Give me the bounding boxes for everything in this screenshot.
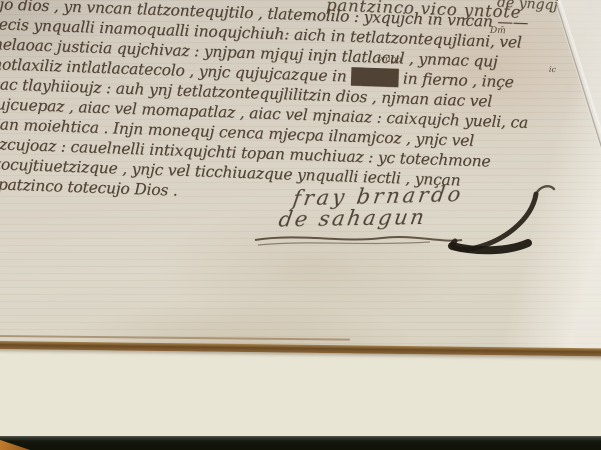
manuscript-page: de yngqj pantzinco vico yntote ujo dios … bbox=[0, 0, 601, 362]
rubric-flourish-heavy bbox=[452, 243, 528, 250]
rubric-underline-2 bbox=[258, 242, 430, 245]
interlinear-insertion: vmpa bbox=[377, 55, 402, 66]
manuscript-text-block: ujo dios , yn vncan tlatzontequjtilo , t… bbox=[0, 0, 601, 217]
dark-table-edge bbox=[0, 436, 601, 450]
interlinear-insertion: Dm̄ bbox=[490, 26, 506, 37]
signature-surname: de sahagun bbox=[277, 205, 428, 232]
rubric-underline bbox=[255, 237, 462, 241]
manuscript-photo: de yngqj pantzinco vico yntote ujo dios … bbox=[0, 0, 601, 450]
interlinear-insertion: ic bbox=[549, 65, 556, 74]
